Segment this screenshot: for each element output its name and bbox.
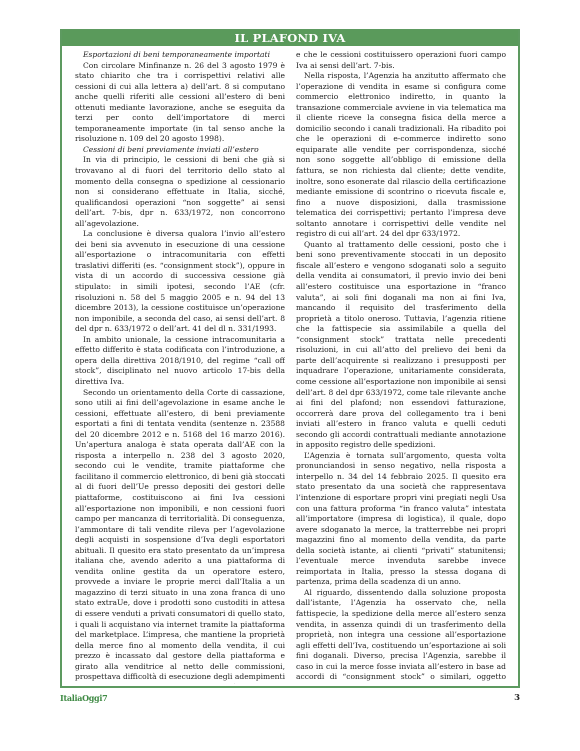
column-left: Esportazioni di beni temporaneamente imp…	[75, 50, 285, 684]
paragraph: Nella risposta, l’Agenzia ha anzitutto a…	[296, 71, 506, 240]
article-columns: Esportazioni di beni temporaneamente imp…	[75, 50, 506, 684]
page-number: 3	[514, 693, 520, 703]
paragraph: In via di principio, le cessioni di beni…	[75, 155, 285, 229]
paragraph: Al riguardo, dissentendo dalla soluzione…	[296, 588, 506, 684]
plafond-iva-box: IL PLAFOND IVA Esportazioni di beni temp…	[60, 29, 520, 688]
column-right: e che le cessioni costituissero operazio…	[296, 50, 506, 684]
section-title: IL PLAFOND IVA	[62, 30, 518, 46]
subheading: Cessioni di beni previamente inviati all…	[75, 145, 285, 156]
paragraph: Con circolare Minfinanze n. 26 del 3 ago…	[75, 61, 285, 145]
paragraph: L’Agenzia è tornata sull’argomento, ques…	[296, 451, 506, 588]
paragraph: Quanto al trattamento delle cessioni, po…	[296, 240, 506, 451]
paragraph: La conclusione è diversa qualora l’invio…	[75, 229, 285, 334]
publication-logo: ItaliaOggi7	[60, 693, 107, 703]
paragraph-continued: e che le cessioni costituissero operazio…	[296, 50, 506, 71]
subheading: Esportazioni di beni temporaneamente imp…	[75, 50, 285, 61]
paragraph: Secondo un orientamento della Corte di c…	[75, 388, 285, 685]
paragraph: In ambito unionale, la cessione intracom…	[75, 335, 285, 388]
